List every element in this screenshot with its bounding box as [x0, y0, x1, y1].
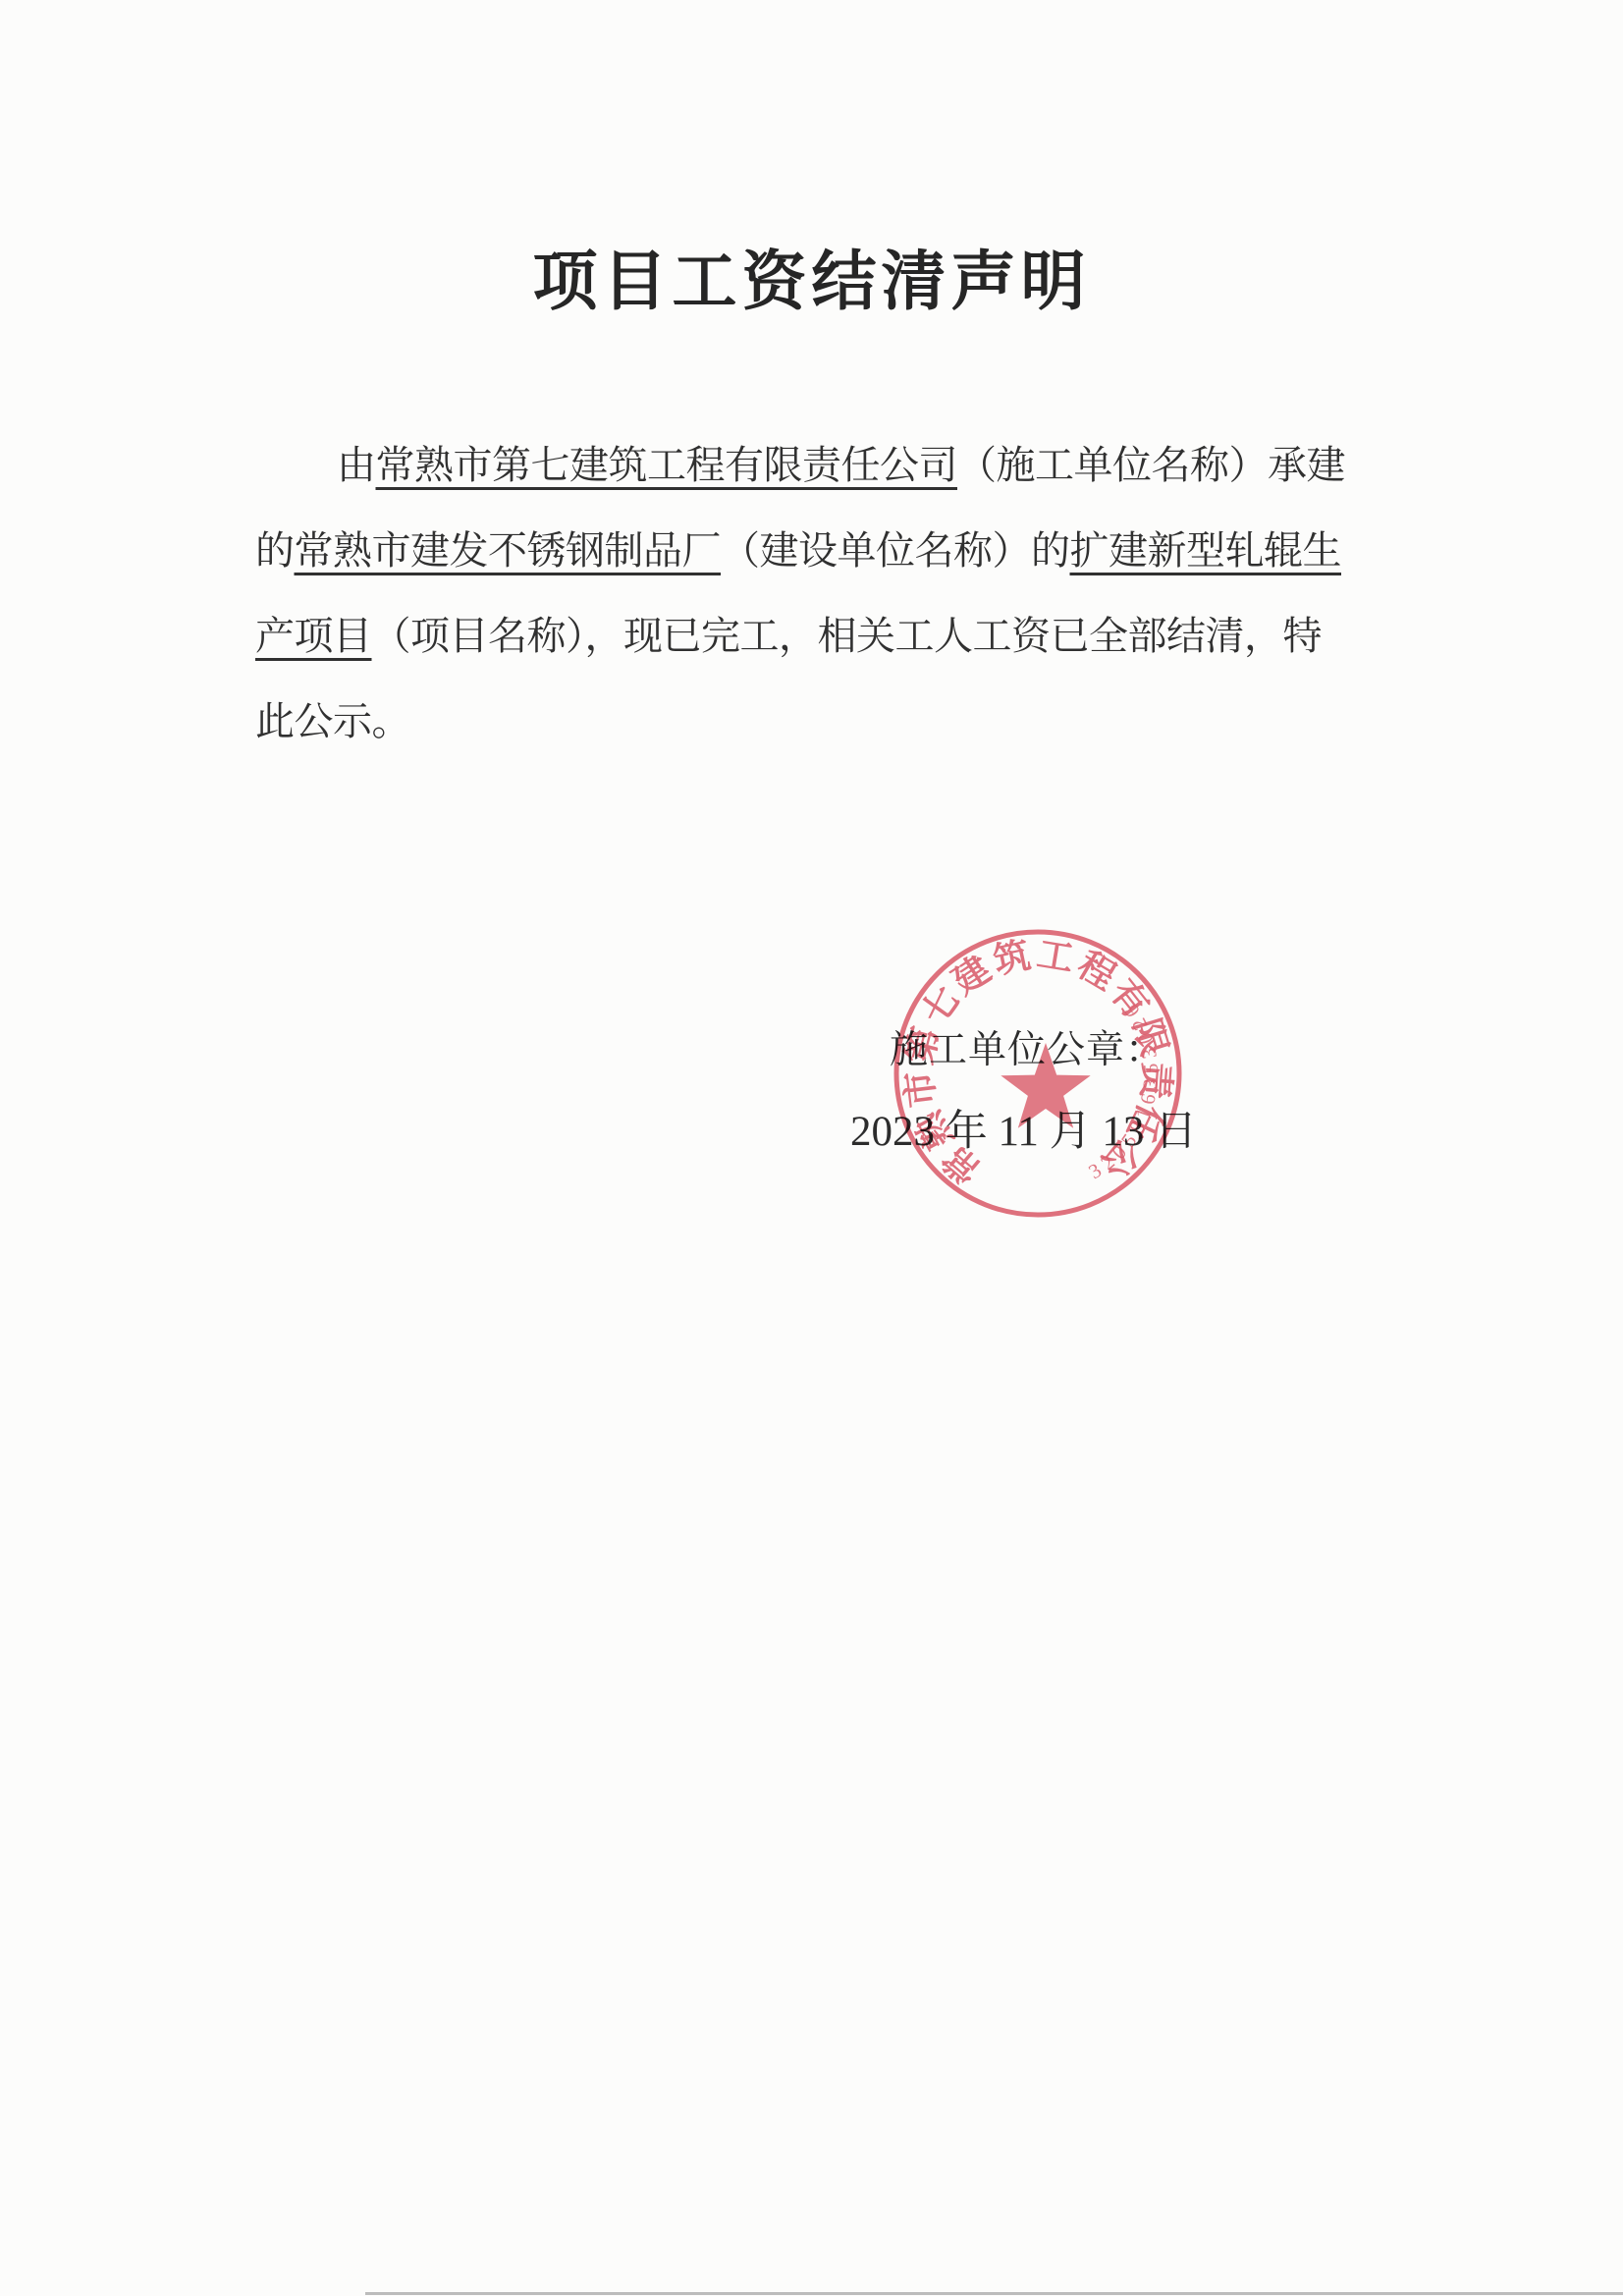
underlined-segment: 常熟市第七建筑工程有限责任公司	[376, 443, 958, 487]
body-line-2: 的常熟市建发不锈钢制品厂（建设单位名称）的扩建新型轧辊生	[255, 508, 1434, 593]
scan-edge-line	[365, 2292, 1623, 2295]
text-segment: （施工单位名称）承建	[957, 443, 1345, 487]
body-line-4: 此公示。	[255, 679, 1434, 764]
text-segment: （建设单位名称）的	[721, 528, 1070, 573]
date-text: 2023 年 11 月 13 日	[850, 1098, 1197, 1158]
text-segment: 由	[337, 443, 376, 487]
statement-paragraph: 由常熟市第七建筑工程有限责任公司（施工单位名称）承建的常熟市建发不锈钢制品厂（建…	[255, 422, 1434, 764]
text-segment: 的	[255, 528, 295, 573]
text-segment: 此公示。	[255, 699, 410, 743]
body-line-3: 产项目（项目名称），现已完工，相关工人工资已全部结清，特	[255, 593, 1434, 679]
underlined-segment: 扩建新型轧辊生	[1070, 528, 1342, 573]
body-line-1: 由常熟市第七建筑工程有限责任公司（施工单位名称）承建	[255, 422, 1434, 508]
construction-unit-seal-label: 施工单位公章：	[890, 1019, 1164, 1074]
underlined-segment: 常熟市建发不锈钢制品厂	[295, 528, 722, 573]
document-page: 项目工资结清声明 由常熟市第七建筑工程有限责任公司（施工单位名称）承建的常熟市建…	[0, 0, 1623, 2296]
document-title: 项目工资结清声明	[0, 229, 1623, 322]
underlined-segment: 产项目	[255, 614, 372, 658]
text-segment: （项目名称），现已完工，相关工人工资已全部结清，特	[372, 614, 1323, 658]
